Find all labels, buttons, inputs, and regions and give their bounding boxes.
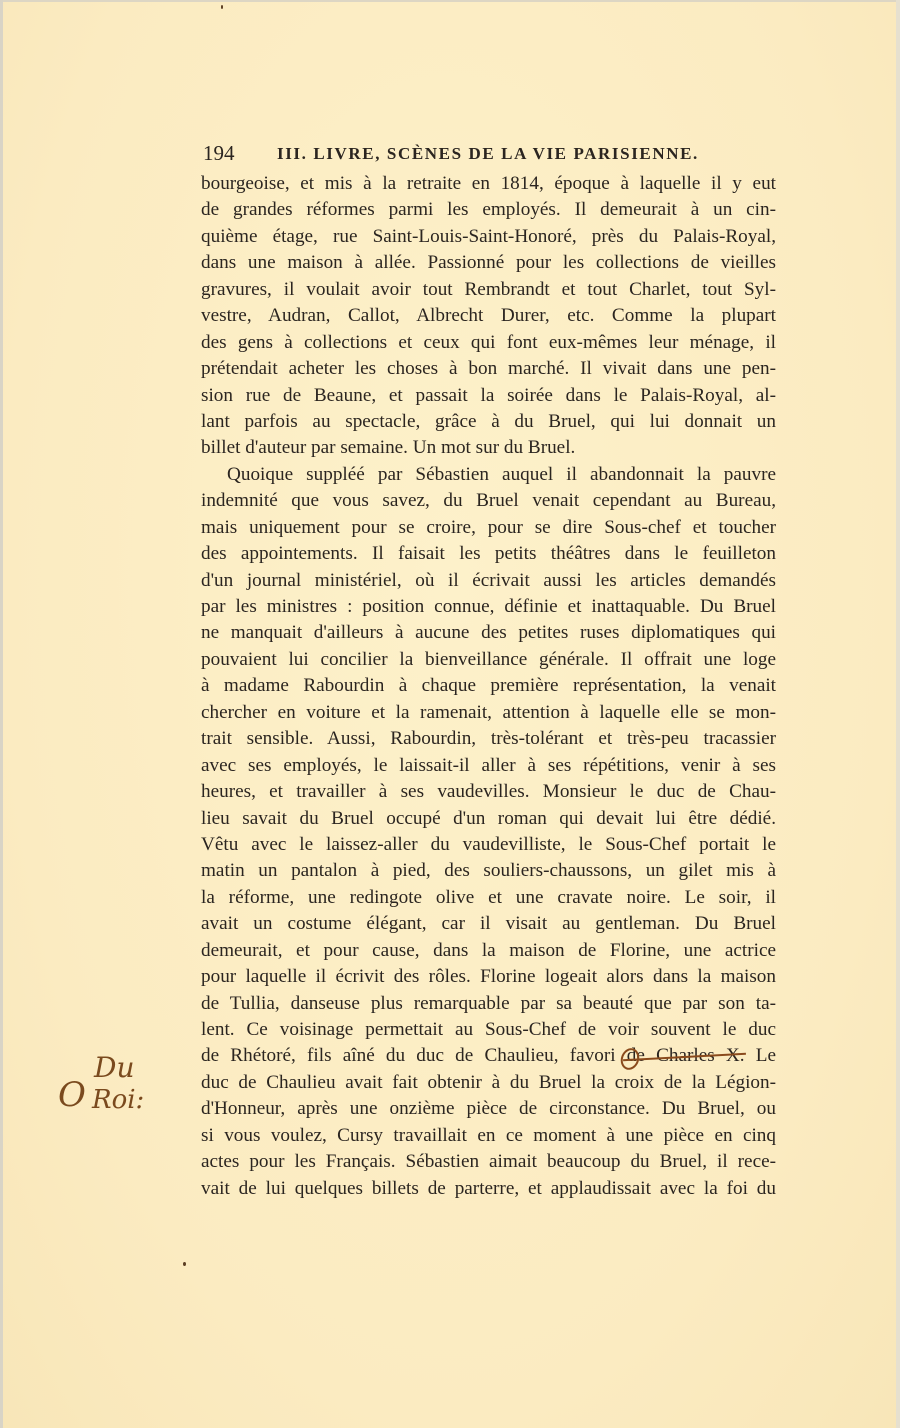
annotation-line-1: Du: [94, 1054, 134, 1082]
running-header: 194 III. LIVRE, SCÈNES DE LA VIE PARISIE…: [203, 140, 775, 166]
text-line: duc de Chaulieu avait fait obtenir à du …: [201, 1070, 776, 1096]
body-text: bourgeoise, et mis à la retraite en 1814…: [201, 171, 776, 1202]
page-edge-right: [896, 0, 900, 1428]
text-line: par les ministres : position connue, déf…: [201, 594, 776, 620]
handwritten-margin-annotation: O Du Roi:: [50, 1050, 160, 1130]
text-line: dans une maison à allée. Passionné pour …: [201, 250, 776, 276]
text-line: des gens à collections et ceux qui font …: [201, 330, 776, 356]
text-line: de Tullia, danseuse plus remarquable par…: [201, 991, 776, 1017]
text-line: quième étage, rue Saint-Louis-Saint-Hono…: [201, 224, 776, 250]
text-line: heures, et travailler à ses vaudevilles.…: [201, 779, 776, 805]
ink-speck: [183, 1262, 186, 1266]
struck-text-line: de Rhétoré, fils aîné du duc de Chaulieu…: [201, 1043, 776, 1069]
text-line: mais uniquement pour se croire, pour se …: [201, 515, 776, 541]
text-line: lent. Ce voisinage permettait au Sous-Ch…: [201, 1017, 776, 1043]
text-line: matin un pantalon à pied, des souliers-c…: [201, 858, 776, 884]
insertion-mark: O: [58, 1078, 86, 1112]
text-line: d'Honneur, après une onzième pièce de ci…: [201, 1096, 776, 1122]
text-line: trait sensible. Aussi, Rabourdin, très-t…: [201, 726, 776, 752]
page-edge-left: [0, 0, 3, 1428]
text-line: ne manquait d'ailleurs à aucune des peti…: [201, 620, 776, 646]
paragraph-start-line: Quoique suppléé par Sébastien auquel il …: [201, 462, 776, 488]
text-line: pour laquelle il écrivit des rôles. Flor…: [201, 964, 776, 990]
text-line: vait de lui quelques billets de parterre…: [201, 1176, 776, 1202]
text-line: bourgeoise, et mis à la retraite en 1814…: [201, 171, 776, 197]
page-edge-top: [0, 0, 900, 2]
running-head-title: III. LIVRE, SCÈNES DE LA VIE PARISIENNE.: [277, 141, 699, 167]
text-line: avec ses employés, le laissait-il aller …: [201, 753, 776, 779]
text-line: sion rue de Beaune, et passait la soirée…: [201, 383, 776, 409]
text-line: vestre, Audran, Callot, Albrecht Durer, …: [201, 303, 776, 329]
text-line: de grandes réformes parmi les employés. …: [201, 197, 776, 223]
page-number: 194: [203, 140, 235, 166]
book-page: 194 III. LIVRE, SCÈNES DE LA VIE PARISIE…: [0, 0, 900, 1428]
struck-line-after: . Le: [740, 1045, 776, 1066]
text-line: d'un journal ministériel, où il écrivait…: [201, 568, 776, 594]
text-line: indemnité que vous savez, du Bruel venai…: [201, 488, 776, 514]
text-line: demeurait, et pour cause, dans la maison…: [201, 938, 776, 964]
text-line: chercher en voiture et la ramenait, atte…: [201, 700, 776, 726]
paragraph-end-line: billet d'auteur par semaine. Un mot sur …: [201, 435, 776, 461]
text-line: pouvaient lui concilier la bienveillance…: [201, 647, 776, 673]
text-line: prétendait acheter les choses à bon marc…: [201, 356, 776, 382]
ink-speck: [221, 5, 223, 9]
text-line: Vêtu avec le laissez-aller du vaudevilli…: [201, 832, 776, 858]
text-line: lant parfois au spectacle, grâce à du Br…: [201, 409, 776, 435]
text-line: lieu savait du Bruel occupé d'un roman q…: [201, 806, 776, 832]
text-line: gravures, il voulait avoir tout Rembrand…: [201, 277, 776, 303]
text-line: à madame Rabourdin à chaque première rep…: [201, 673, 776, 699]
text-line: avait un costume élégant, car il visait …: [201, 911, 776, 937]
annotation-line-2: Roi:: [92, 1086, 144, 1114]
struck-line-before: de Rhétoré, fils aîné du duc de Chaulieu…: [201, 1045, 627, 1066]
text-line: des appointements. Il faisait les petits…: [201, 541, 776, 567]
text-line: actes pour les Français. Sébastien aimai…: [201, 1149, 776, 1175]
text-line: si vous voulez, Cursy travaillait en ce …: [201, 1123, 776, 1149]
text-line: la réforme, une redingote olive et une c…: [201, 885, 776, 911]
struck-out-text: de Charles X: [627, 1045, 740, 1066]
